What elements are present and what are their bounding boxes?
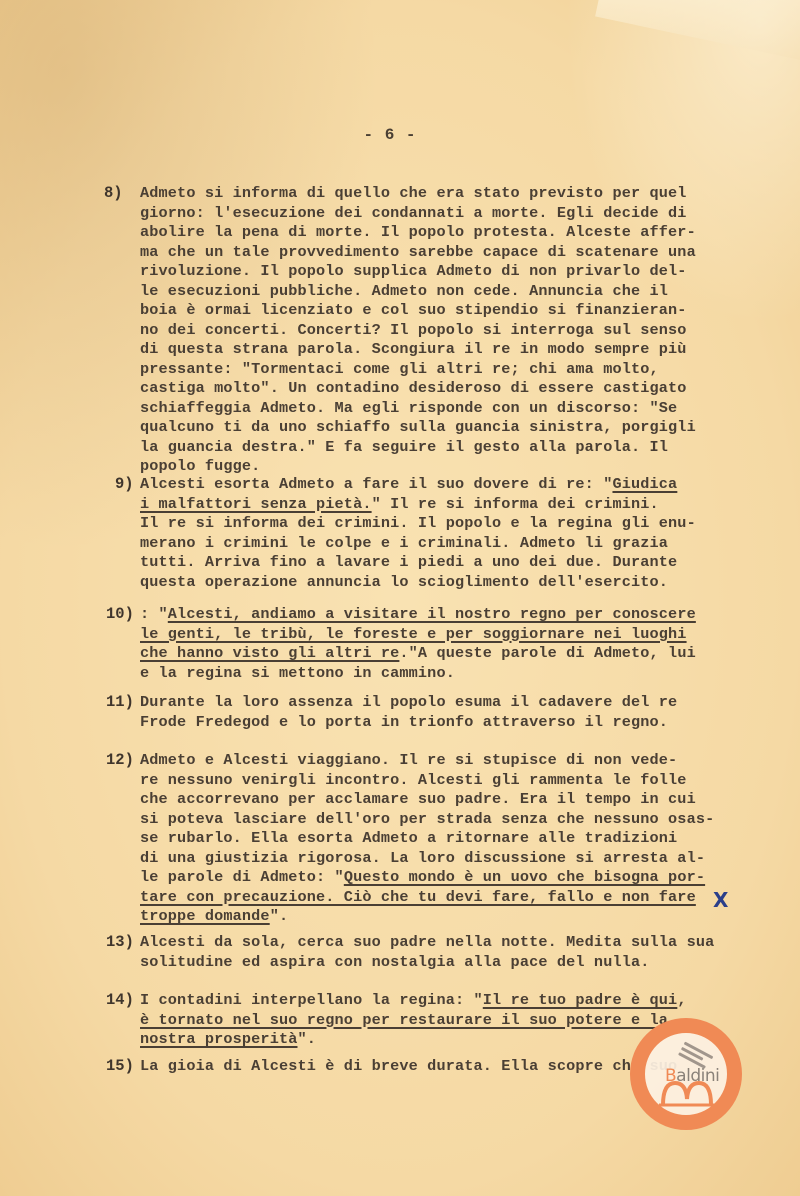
text-segment: ".: [270, 907, 289, 925]
open-book-icon: [659, 1079, 715, 1107]
text-line: schiaffeggia Admeto. Ma egli risponde co…: [140, 399, 677, 419]
underlined-quote: tare con precauzione. Ciò che tu devi fa…: [140, 888, 696, 906]
text-segment: ."A queste parole di Admeto, lui: [399, 644, 695, 662]
text-line: re nessuno venirgli incontro. Alcesti gl…: [140, 771, 687, 791]
text-line: Frode Fredegod e lo porta in trionfo att…: [140, 713, 668, 733]
text-line: le parole di Admeto: "Questo mondo è un …: [140, 868, 705, 888]
text-line: Admeto si informa di quello che era stat…: [140, 184, 687, 204]
text-line: castiga molto". Un contadino desideroso …: [140, 379, 687, 399]
text-line: nostra prosperità".: [140, 1030, 316, 1050]
underlined-quote: Giudica: [612, 475, 677, 493]
text-line: la guancia destra." E fa seguire il gest…: [140, 438, 668, 458]
text-line: popolo fugge.: [140, 457, 260, 477]
item-number: 9): [115, 475, 134, 493]
text-line: giorno: l'esecuzione dei condannati a mo…: [140, 204, 687, 224]
text-line: di questa strana parola. Scongiura il re…: [140, 340, 687, 360]
text-line: ma che un tale provvedimento sarebbe cap…: [140, 243, 696, 263]
text-line: che accorrevano per acclamare suo padre.…: [140, 790, 696, 810]
item-number: 11): [106, 693, 134, 711]
text-segment: Alcesti esorta Admeto a fare il suo dove…: [140, 475, 612, 493]
text-line: i malfattori senza pietà." Il re si info…: [140, 495, 659, 515]
underlined-quote: che hanno visto gli altri re: [140, 644, 399, 662]
underlined-quote: nostra prosperità: [140, 1030, 298, 1048]
underlined-quote: troppe domande: [140, 907, 270, 925]
underlined-quote: Il re tuo padre è qui: [483, 991, 678, 1009]
margin-x-mark: X: [713, 888, 728, 912]
text-line: è tornato nel suo regno per restaurare i…: [140, 1011, 668, 1031]
underlined-quote: Questo mondo è un uovo che bisogna por-: [344, 868, 705, 886]
item-number: 15): [106, 1057, 134, 1075]
text-line: tutti. Arriva fino a lavare i piedi a un…: [140, 553, 677, 573]
text-line: si poteva lasciare dell'oro per strada s…: [140, 810, 714, 830]
text-line: I contadini interpellano la regina: "Il …: [140, 991, 687, 1011]
text-segment: " Il re si informa dei crimini.: [372, 495, 659, 513]
text-line: solitudine ed aspira con nostalgia alla …: [140, 953, 650, 973]
text-line: tare con precauzione. Ciò che tu devi fa…: [140, 888, 696, 908]
item-number: 13): [106, 933, 134, 951]
text-line: questa operazione annuncia lo scioglimen…: [140, 573, 668, 593]
item-number: 14): [106, 991, 134, 1009]
text-segment: le parole di Admeto: ": [140, 868, 344, 886]
text-line: no dei concerti. Concerti? Il popolo si …: [140, 321, 687, 341]
text-line: Alcesti da sola, cerca suo padre nella n…: [140, 933, 714, 953]
text-line: pressante: "Tormentaci come gli altri re…: [140, 360, 659, 380]
text-line: abolire la pena di morte. Il popolo prot…: [140, 223, 696, 243]
page-number: - 6 -: [360, 126, 420, 144]
text-line: troppe domande".: [140, 907, 288, 927]
text-segment: ".: [298, 1030, 317, 1048]
text-line: La gioia di Alcesti è di breve durata. E…: [140, 1057, 677, 1077]
text-line: di una giustizia rigorosa. La loro discu…: [140, 849, 705, 869]
text-line: e la regina si mettono in cammino.: [140, 664, 455, 684]
text-line: boia è ormai licenziato e col suo stipen…: [140, 301, 687, 321]
text-line: merano i crimini le colpe e i criminali.…: [140, 534, 668, 554]
text-line: che hanno visto gli altri re."A queste p…: [140, 644, 696, 664]
text-line: Admeto e Alcesti viaggiano. Il re si stu…: [140, 751, 677, 771]
text-line: qualcuno ti da uno schiaffo sulla guanci…: [140, 418, 696, 438]
text-line: rivoluzione. Il popolo supplica Admeto d…: [140, 262, 687, 282]
underlined-quote: Alcesti, andiamo a visitare il nostro re…: [168, 605, 696, 623]
text-line: Alcesti esorta Admeto a fare il suo dove…: [140, 475, 677, 495]
text-line: Il re si informa dei crimini. Il popolo …: [140, 514, 696, 534]
item-number: 8): [104, 184, 123, 202]
underlined-quote: è tornato nel suo regno per restaurare i…: [140, 1011, 668, 1029]
text-line: : "Alcesti, andiamo a visitare il nostro…: [140, 605, 696, 625]
text-line: se rubarlo. Ella esorta Admeto a ritorna…: [140, 829, 677, 849]
item-number: 10): [106, 605, 134, 623]
text-line: Durante la loro assenza il popolo esuma …: [140, 693, 677, 713]
text-line: le esecuzioni pubbliche. Admeto non cede…: [140, 282, 668, 302]
text-segment: ,: [677, 991, 686, 1009]
underlined-quote: i malfattori senza pietà.: [140, 495, 372, 513]
library-stamp: Baldini: [630, 1018, 742, 1130]
item-number: 12): [106, 751, 134, 769]
underlined-quote: le genti, le tribù, le foreste e per sog…: [140, 625, 687, 643]
text-line: le genti, le tribù, le foreste e per sog…: [140, 625, 687, 645]
text-segment: I contadini interpellano la regina: ": [140, 991, 483, 1009]
text-segment: : ": [140, 605, 168, 623]
